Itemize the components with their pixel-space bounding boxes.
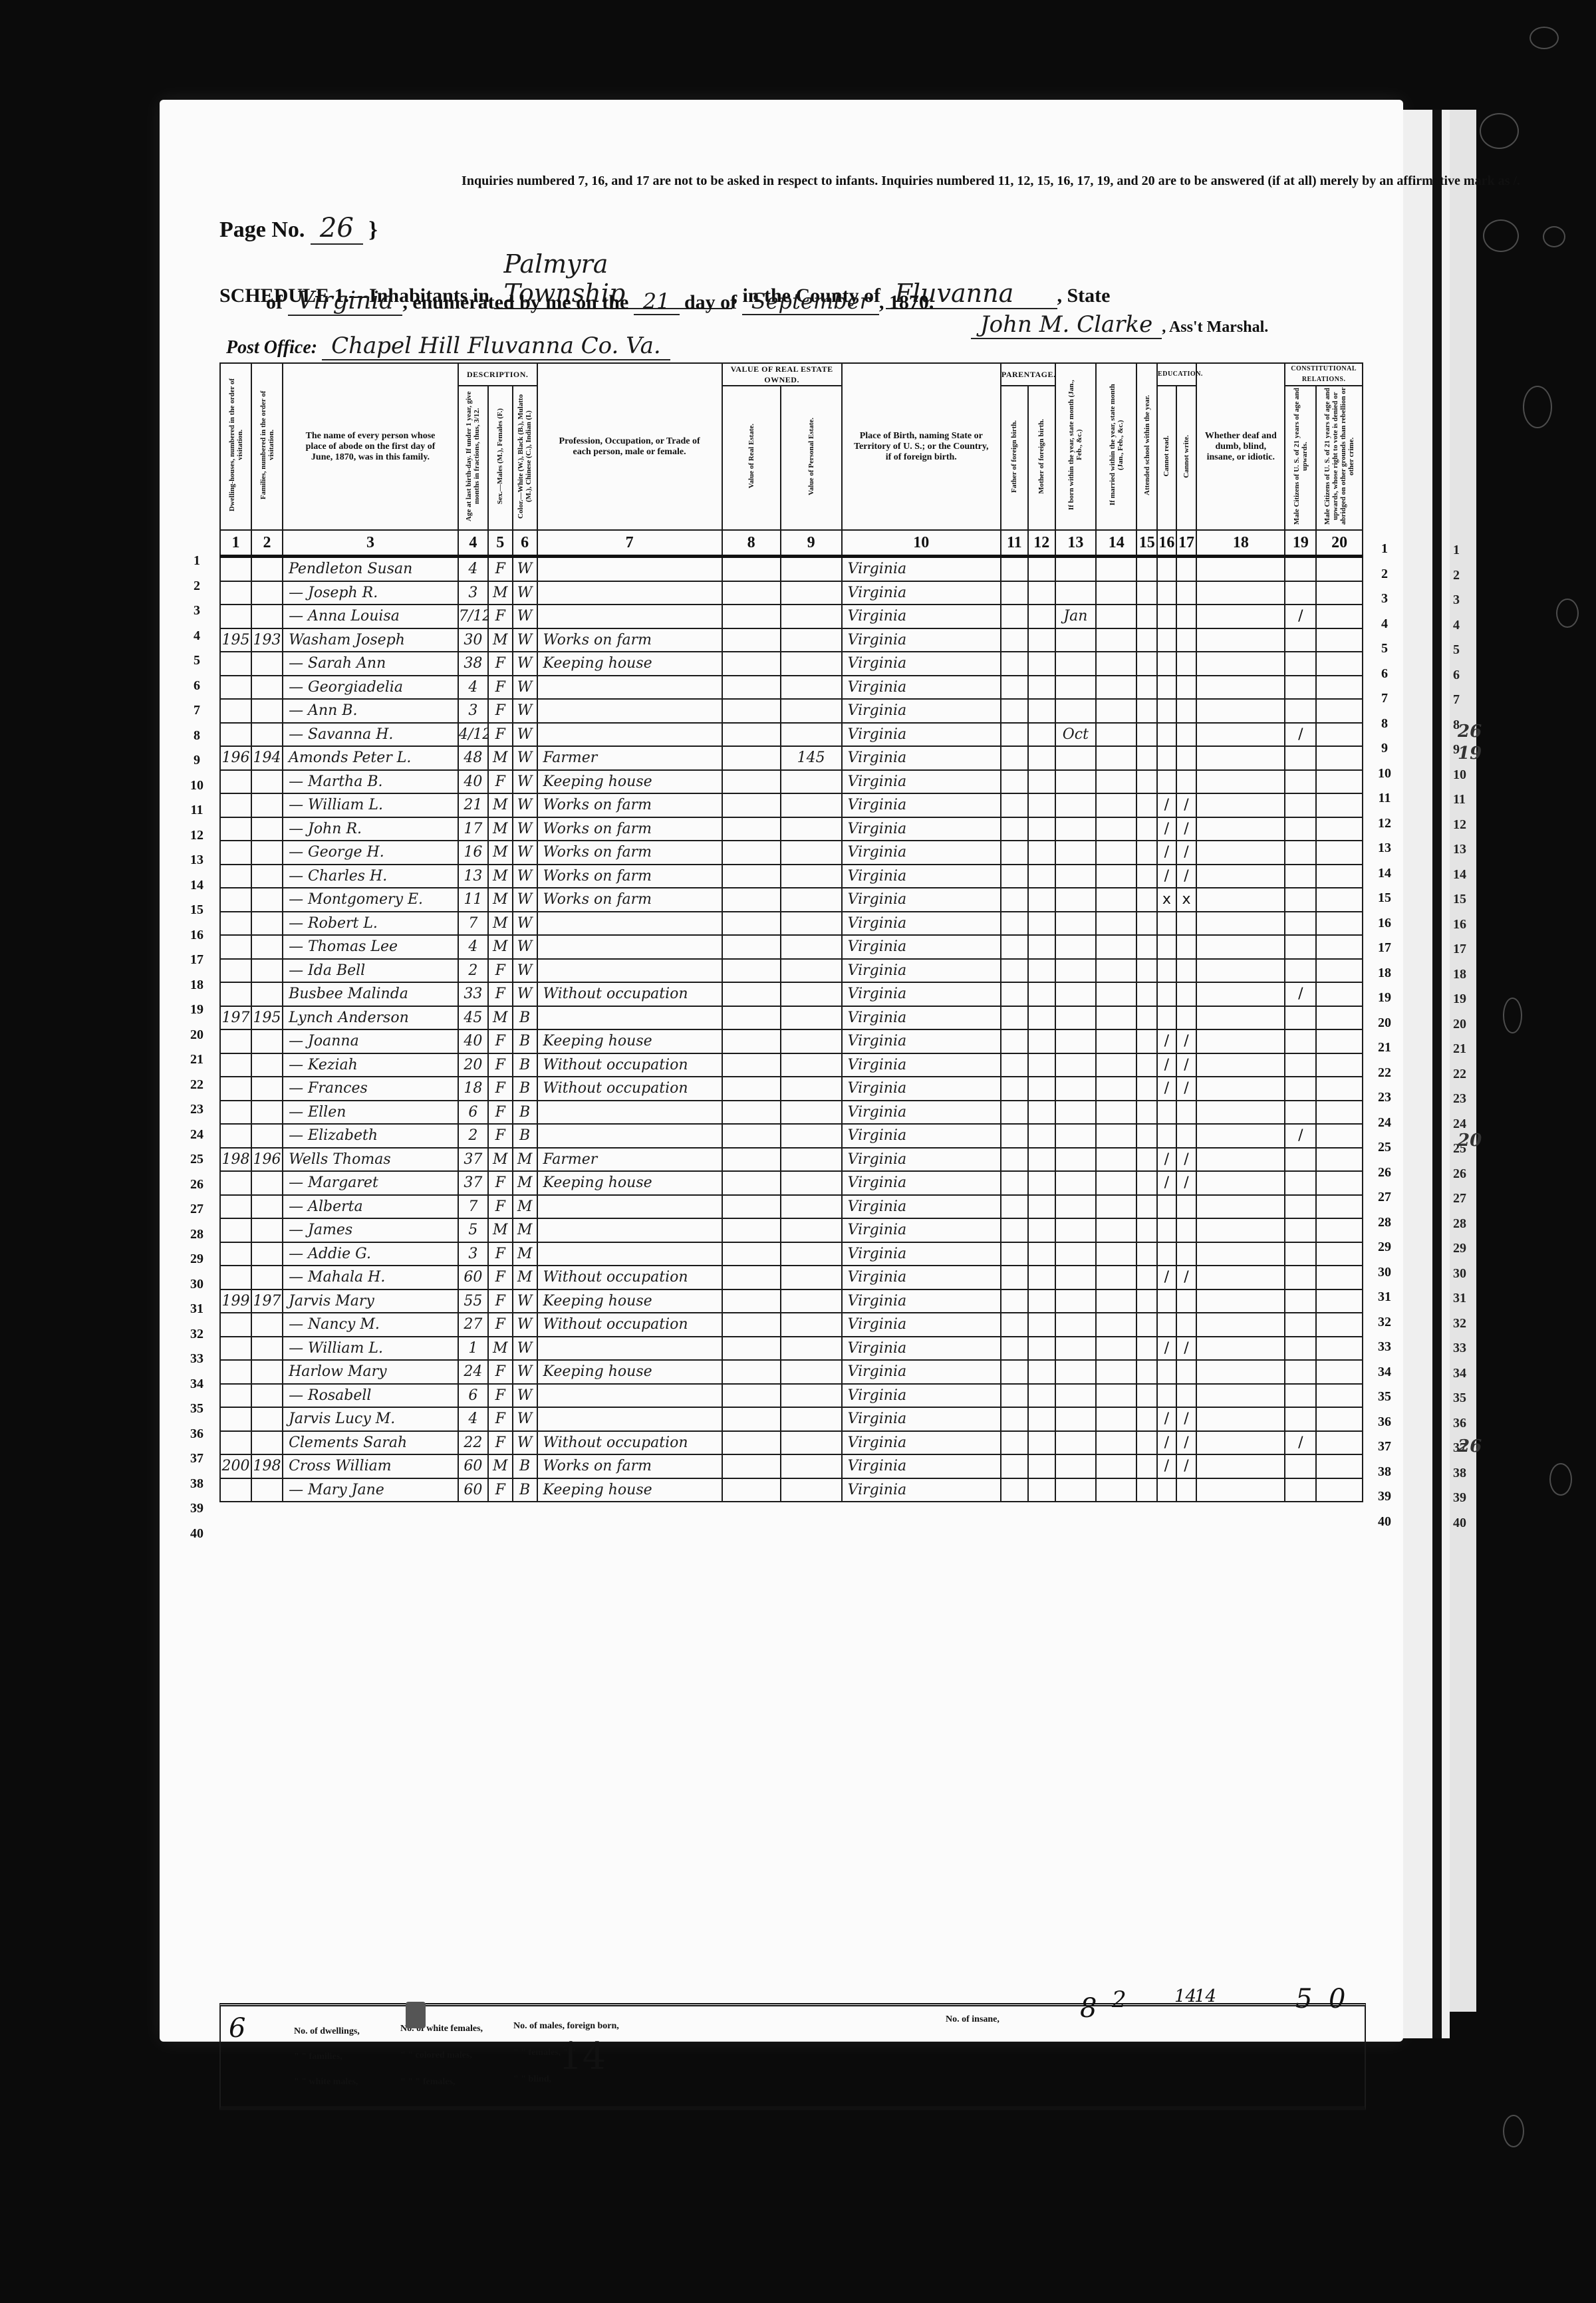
cell-denied — [1316, 1124, 1363, 1148]
cell-cant-write — [1176, 676, 1197, 700]
cell-cant-read — [1157, 581, 1176, 605]
adjacent-line-number: 36 — [1453, 1416, 1466, 1431]
cell-disability — [1196, 1148, 1285, 1172]
cell-dwelling — [220, 982, 251, 1006]
census-row: 199197Jarvis Mary55FWKeeping houseVirgin… — [220, 1289, 1363, 1313]
cell-cant-write — [1176, 723, 1197, 747]
line-number: 9 — [1371, 741, 1398, 756]
cell-birthplace: Virginia — [842, 1407, 1001, 1431]
cell-married-month — [1096, 1006, 1136, 1030]
cell-empty — [1001, 770, 1028, 794]
cell-cant-read — [1157, 1360, 1176, 1384]
cell-dwelling — [220, 1171, 251, 1195]
cell-denied — [1316, 723, 1363, 747]
cell-citizen — [1285, 1478, 1316, 1502]
cell-color: W — [513, 652, 537, 676]
cell-born-month — [1055, 1454, 1096, 1478]
cell-citizen: / — [1285, 723, 1316, 747]
cell-empty — [1028, 1077, 1055, 1101]
cell-cant-write: / — [1176, 1171, 1197, 1195]
cell-color: W — [513, 817, 537, 841]
cell-cant-write — [1176, 1218, 1197, 1242]
margin-note: 26 — [1458, 722, 1482, 742]
cell-disability — [1196, 1337, 1285, 1361]
cell-born-month — [1055, 676, 1096, 700]
day-field: 21 — [634, 289, 680, 315]
cell-empty — [1001, 1242, 1028, 1266]
cell-real-estate — [722, 1289, 781, 1313]
cell-dwelling — [220, 581, 251, 605]
col-header-born-month: If born within the year, state month (Ja… — [1055, 363, 1096, 530]
cell-disability — [1196, 770, 1285, 794]
cell-dwelling — [220, 1360, 251, 1384]
cell-cant-read: / — [1157, 793, 1176, 817]
cell-born-month — [1055, 1006, 1096, 1030]
cell-age: 27 — [458, 1313, 488, 1337]
line-number: 32 — [184, 1327, 210, 1342]
cell-school — [1136, 1407, 1157, 1431]
cell-family — [251, 1313, 283, 1337]
cell-empty — [1028, 888, 1055, 912]
line-number: 40 — [184, 1526, 210, 1542]
col-header-cannot-write: Cannot write. — [1176, 386, 1197, 530]
cell-name: — George H. — [283, 841, 458, 865]
cell-name: — Ida Bell — [283, 959, 458, 983]
cell-dwelling — [220, 1431, 251, 1455]
cell-cant-write — [1176, 912, 1197, 936]
col-group-constitutional: CONSTITUTIONAL RELATIONS. — [1285, 363, 1363, 386]
adjacent-line-number: 26 — [1453, 1166, 1466, 1182]
line-number: 2 — [184, 579, 210, 594]
adjacent-line-number: 18 — [1453, 967, 1466, 982]
line-number: 14 — [184, 878, 210, 893]
cell-married-month — [1096, 605, 1136, 628]
cell-empty — [1028, 770, 1055, 794]
line-number: 26 — [184, 1177, 210, 1192]
cell-occupation: Without occupation — [537, 982, 722, 1006]
line-number: 14 — [1371, 866, 1398, 881]
cell-married-month — [1096, 841, 1136, 865]
cell-birthplace: Virginia — [842, 1360, 1001, 1384]
cell-color: W — [513, 841, 537, 865]
line-number: 3 — [184, 603, 210, 618]
cell-cant-write — [1176, 1384, 1197, 1408]
cell-family — [251, 1360, 283, 1384]
cell-color: W — [513, 1313, 537, 1337]
cell-occupation: Works on farm — [537, 1454, 722, 1478]
cell-birthplace: Virginia — [842, 1384, 1001, 1408]
census-row: — Margaret37FMKeeping houseVirginia// — [220, 1171, 1363, 1195]
cell-dwelling — [220, 1053, 251, 1077]
col-group-parentage: PARENTAGE. — [1001, 363, 1055, 386]
census-row: — Robert L.7MWVirginia — [220, 912, 1363, 936]
census-row: — Ellen6FBVirginia — [220, 1101, 1363, 1125]
label-males-foreign: No. of males, foreign born, — [513, 2021, 619, 2032]
cell-disability — [1196, 605, 1285, 628]
cell-empty — [1001, 1360, 1028, 1384]
cell-empty — [1028, 676, 1055, 700]
cell-real-estate — [722, 1006, 781, 1030]
cell-cant-write: / — [1176, 817, 1197, 841]
cell-sex: F — [488, 1289, 513, 1313]
cell-occupation: Keeping house — [537, 770, 722, 794]
line-number: 30 — [1371, 1265, 1398, 1280]
cell-cant-write — [1176, 935, 1197, 959]
cell-disability — [1196, 699, 1285, 723]
cell-real-estate — [722, 770, 781, 794]
line-number: 12 — [184, 828, 210, 843]
cell-born-month — [1055, 935, 1096, 959]
adjacent-line-number: 7 — [1453, 692, 1460, 708]
cell-empty — [1001, 1431, 1028, 1455]
cell-citizen — [1285, 841, 1316, 865]
cell-denied — [1316, 1171, 1363, 1195]
cell-school — [1136, 1077, 1157, 1101]
cell-sex: F — [488, 557, 513, 581]
cell-age: 5 — [458, 1218, 488, 1242]
cell-name: Washam Joseph — [283, 628, 458, 652]
cell-school — [1136, 1171, 1157, 1195]
cell-personal-estate — [781, 1431, 842, 1455]
cell-sex: F — [488, 982, 513, 1006]
column-number: 7 — [537, 530, 722, 557]
cell-born-month: Jan — [1055, 605, 1096, 628]
cell-cant-read: / — [1157, 841, 1176, 865]
cell-married-month — [1096, 888, 1136, 912]
cell-personal-estate — [781, 1454, 842, 1478]
cell-dwelling: 198 — [220, 1148, 251, 1172]
cell-cant-write: / — [1176, 1053, 1197, 1077]
cell-real-estate — [722, 1360, 781, 1384]
column-number: 13 — [1055, 530, 1096, 557]
cell-birthplace: Virginia — [842, 982, 1001, 1006]
column-number: 11 — [1001, 530, 1028, 557]
column-number: 8 — [722, 530, 781, 557]
cell-personal-estate — [781, 959, 842, 983]
cell-born-month — [1055, 770, 1096, 794]
cell-married-month — [1096, 1384, 1136, 1408]
cell-age: 4 — [458, 557, 488, 581]
page-footer-number: 14 — [559, 2035, 606, 2078]
label-colored-females: " " " females, — [400, 2077, 455, 2088]
cell-occupation — [537, 581, 722, 605]
cell-empty — [1001, 865, 1028, 888]
cell-born-month — [1055, 1289, 1096, 1313]
cell-personal-estate — [781, 1360, 842, 1384]
cell-personal-estate — [781, 1195, 842, 1219]
cell-name: — Anna Louisa — [283, 605, 458, 628]
cell-age: 37 — [458, 1148, 488, 1172]
cell-empty — [1001, 1195, 1028, 1219]
adjacent-line-number: 31 — [1453, 1291, 1466, 1306]
cell-personal-estate — [781, 888, 842, 912]
cell-occupation: Works on farm — [537, 817, 722, 841]
cell-married-month — [1096, 1053, 1136, 1077]
cell-cant-write: / — [1176, 841, 1197, 865]
cell-age: 40 — [458, 1029, 488, 1053]
total-cannot-read: 14 — [1174, 1986, 1196, 2006]
line-number: 38 — [184, 1476, 210, 1492]
cell-school — [1136, 723, 1157, 747]
cell-disability — [1196, 1029, 1285, 1053]
line-number: 11 — [1371, 791, 1398, 806]
cell-birthplace: Virginia — [842, 1124, 1001, 1148]
line-number: 26 — [1371, 1165, 1398, 1180]
cell-name: Amonds Peter L. — [283, 746, 458, 770]
cell-empty — [1001, 1101, 1028, 1125]
cell-age: 45 — [458, 1006, 488, 1030]
adjacent-line-number: 29 — [1453, 1241, 1466, 1256]
adjacent-page-strip — [1403, 110, 1450, 2038]
line-number: 4 — [184, 628, 210, 644]
cell-name: Clements Sarah — [283, 1431, 458, 1455]
census-row: 198196Wells Thomas37MMFarmerVirginia// — [220, 1148, 1363, 1172]
cell-occupation: Keeping house — [537, 652, 722, 676]
cell-denied — [1316, 1148, 1363, 1172]
cell-family: 195 — [251, 1006, 283, 1030]
cell-cant-read — [1157, 699, 1176, 723]
cell-family — [251, 888, 283, 912]
cell-empty — [1001, 1384, 1028, 1408]
cell-occupation — [537, 1124, 722, 1148]
cell-dwelling — [220, 699, 251, 723]
cell-family: 193 — [251, 628, 283, 652]
cell-family — [251, 1101, 283, 1125]
cell-school — [1136, 699, 1157, 723]
cell-disability — [1196, 557, 1285, 581]
cell-married-month — [1096, 1242, 1136, 1266]
cell-citizen — [1285, 888, 1316, 912]
cell-personal-estate — [781, 1124, 842, 1148]
cell-empty — [1001, 1148, 1028, 1172]
census-row: — Alberta7FMVirginia — [220, 1195, 1363, 1219]
cell-real-estate — [722, 841, 781, 865]
cell-age: 48 — [458, 746, 488, 770]
cell-born-month — [1055, 1266, 1096, 1289]
cell-color: B — [513, 1029, 537, 1053]
cell-birthplace: Virginia — [842, 841, 1001, 865]
cell-disability — [1196, 1053, 1285, 1077]
line-number: 19 — [1371, 990, 1398, 1006]
cell-personal-estate — [781, 557, 842, 581]
cell-name: — Thomas Lee — [283, 935, 458, 959]
cell-denied — [1316, 1077, 1363, 1101]
cell-personal-estate — [781, 1101, 842, 1125]
cell-cant-write — [1176, 581, 1197, 605]
cell-empty — [1028, 1266, 1055, 1289]
cell-personal-estate — [781, 1006, 842, 1030]
cell-family: 194 — [251, 746, 283, 770]
cell-family — [251, 1124, 283, 1148]
cell-denied — [1316, 1242, 1363, 1266]
adjacent-line-number: 4 — [1453, 618, 1460, 633]
cell-age: 60 — [458, 1454, 488, 1478]
cell-school — [1136, 1148, 1157, 1172]
cell-citizen — [1285, 770, 1316, 794]
line-number: 27 — [1371, 1190, 1398, 1205]
cell-dwelling — [220, 841, 251, 865]
cell-empty — [1028, 699, 1055, 723]
cell-family — [251, 1029, 283, 1053]
cell-married-month — [1096, 959, 1136, 983]
cell-age: 17 — [458, 817, 488, 841]
census-row: 197195Lynch Anderson45MBVirginia — [220, 1006, 1363, 1030]
column-number: 17 — [1176, 530, 1197, 557]
cell-empty — [1001, 605, 1028, 628]
line-number: 7 — [1371, 691, 1398, 706]
line-number: 24 — [1371, 1115, 1398, 1131]
cell-school — [1136, 1289, 1157, 1313]
cell-empty — [1001, 1337, 1028, 1361]
cell-occupation — [537, 557, 722, 581]
cell-sex: F — [488, 959, 513, 983]
cell-empty — [1001, 959, 1028, 983]
cell-family — [251, 605, 283, 628]
cell-married-month — [1096, 865, 1136, 888]
cell-personal-estate — [781, 817, 842, 841]
cell-dwelling: 196 — [220, 746, 251, 770]
film-dust — [1549, 1463, 1572, 1496]
cell-cant-write: / — [1176, 1454, 1197, 1478]
cell-citizen — [1285, 652, 1316, 676]
cell-married-month — [1096, 912, 1136, 936]
cell-birthplace: Virginia — [842, 557, 1001, 581]
cell-family — [251, 793, 283, 817]
cell-denied — [1316, 1218, 1363, 1242]
cell-empty — [1001, 1454, 1028, 1478]
cell-denied — [1316, 912, 1363, 936]
cell-dwelling — [220, 1195, 251, 1219]
cell-empty — [1001, 1029, 1028, 1053]
cell-personal-estate — [781, 1384, 842, 1408]
cell-personal-estate — [781, 1337, 842, 1361]
cell-birthplace: Virginia — [842, 912, 1001, 936]
cell-citizen — [1285, 1195, 1316, 1219]
cell-born-month — [1055, 982, 1096, 1006]
cell-name: — Addie G. — [283, 1242, 458, 1266]
cell-citizen — [1285, 1006, 1316, 1030]
cell-disability — [1196, 935, 1285, 959]
cell-citizen: / — [1285, 1124, 1316, 1148]
cell-born-month — [1055, 865, 1096, 888]
line-number: 27 — [184, 1202, 210, 1217]
cell-cant-read: / — [1157, 1407, 1176, 1431]
cell-birthplace: Virginia — [842, 1431, 1001, 1455]
adjacent-line-number: 22 — [1453, 1067, 1466, 1082]
col-group-education: EDUCATION. — [1157, 363, 1196, 386]
cell-born-month — [1055, 699, 1096, 723]
cell-disability — [1196, 865, 1285, 888]
cell-name: — Alberta — [283, 1195, 458, 1219]
cell-occupation — [537, 1337, 722, 1361]
col-header-vote-denied: Male Citizens of U. S. of 21 years of ag… — [1316, 386, 1363, 530]
cell-name: — Elizabeth — [283, 1124, 458, 1148]
line-number: 28 — [1371, 1215, 1398, 1230]
line-number: 18 — [1371, 966, 1398, 981]
cell-empty — [1001, 628, 1028, 652]
cell-name: — Joanna — [283, 1029, 458, 1053]
cell-name: Lynch Anderson — [283, 1006, 458, 1030]
cell-disability — [1196, 1266, 1285, 1289]
cell-color: B — [513, 1454, 537, 1478]
adjacent-line-number: 20 — [1453, 1017, 1466, 1032]
cell-disability — [1196, 676, 1285, 700]
line-number: 5 — [1371, 641, 1398, 656]
line-number: 28 — [184, 1227, 210, 1242]
cell-citizen — [1285, 676, 1316, 700]
cell-sex: F — [488, 1053, 513, 1077]
line-number: 24 — [184, 1127, 210, 1143]
cell-empty — [1001, 557, 1028, 581]
cell-married-month — [1096, 723, 1136, 747]
cell-color: W — [513, 676, 537, 700]
cell-citizen — [1285, 1384, 1316, 1408]
cell-color: B — [513, 1006, 537, 1030]
col-header-citizen: Male Citizens of U. S. of 21 years of ag… — [1285, 386, 1316, 530]
cell-cant-write — [1176, 1478, 1197, 1502]
cell-personal-estate — [781, 1218, 842, 1242]
col-group-description: DESCRIPTION. — [458, 363, 537, 386]
cell-cant-read — [1157, 628, 1176, 652]
cell-school — [1136, 1101, 1157, 1125]
cell-dwelling: 200 — [220, 1454, 251, 1478]
cell-empty — [1028, 982, 1055, 1006]
cell-dwelling: 199 — [220, 1289, 251, 1313]
line-number: 23 — [184, 1102, 210, 1117]
cell-age: 24 — [458, 1360, 488, 1384]
cell-married-month — [1096, 1454, 1136, 1478]
cell-cant-read — [1157, 1289, 1176, 1313]
cell-disability — [1196, 1289, 1285, 1313]
cell-born-month — [1055, 1431, 1096, 1455]
cell-cant-read: / — [1157, 817, 1176, 841]
cell-birthplace: Virginia — [842, 1337, 1001, 1361]
cell-disability — [1196, 628, 1285, 652]
cell-married-month — [1096, 1195, 1136, 1219]
line-number: 34 — [1371, 1365, 1398, 1380]
cell-sex: M — [488, 746, 513, 770]
cell-cant-read: / — [1157, 1148, 1176, 1172]
cell-school — [1136, 888, 1157, 912]
cell-birthplace: Virginia — [842, 1029, 1001, 1053]
cell-name: — John R. — [283, 817, 458, 841]
cell-empty — [1028, 1101, 1055, 1125]
cell-empty — [1028, 1454, 1055, 1478]
cell-real-estate — [722, 1101, 781, 1125]
cell-occupation: Farmer — [537, 1148, 722, 1172]
col-header-cannot-read: Cannot read. — [1157, 386, 1176, 530]
cell-sex: F — [488, 1431, 513, 1455]
cell-sex: M — [488, 793, 513, 817]
cell-name: — James — [283, 1218, 458, 1242]
cell-married-month — [1096, 1218, 1136, 1242]
line-number: 5 — [184, 653, 210, 668]
cell-occupation: Works on farm — [537, 841, 722, 865]
cell-cant-read — [1157, 935, 1176, 959]
cell-empty — [1028, 1242, 1055, 1266]
cell-age: 4 — [458, 935, 488, 959]
line-number: 19 — [184, 1002, 210, 1017]
cell-sex: M — [488, 935, 513, 959]
cell-sex: F — [488, 1029, 513, 1053]
line-number: 25 — [1371, 1140, 1398, 1155]
adjacent-line-number: 30 — [1453, 1266, 1466, 1282]
cell-dwelling — [220, 793, 251, 817]
cell-born-month — [1055, 959, 1096, 983]
cell-real-estate — [722, 1431, 781, 1455]
cell-real-estate — [722, 1218, 781, 1242]
line-number: 17 — [184, 952, 210, 968]
